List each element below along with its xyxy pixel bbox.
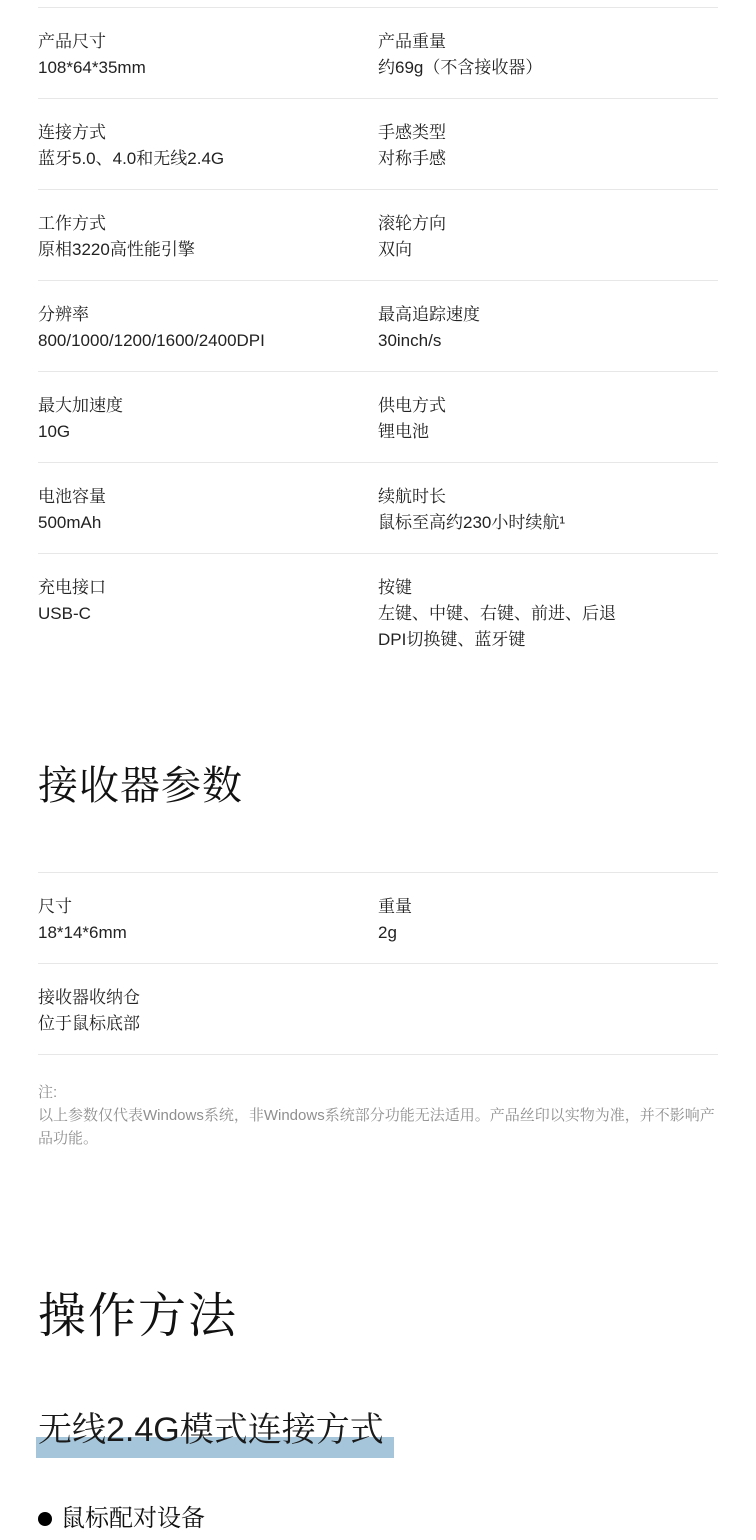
spec-label: 产品重量 — [378, 29, 718, 55]
spec-value: 108*64*35mm — [38, 55, 378, 81]
spec-cell: 产品重量 约69g（不含接收器） — [378, 29, 718, 81]
spec-row-receiver-storage: 接收器收纳仓 位于鼠标底部 — [38, 963, 718, 1055]
spec-cell: 分辨率 800/1000/1200/1600/2400DPI — [38, 302, 378, 354]
spec-value: USB-C — [38, 601, 378, 627]
spec-cell: 连接方式 蓝牙5.0、4.0和无线2.4G — [38, 120, 378, 172]
spec-value: 10G — [38, 419, 378, 445]
spec-label: 最大加速度 — [38, 393, 378, 419]
spec-value: 双向 — [378, 237, 718, 263]
spec-label: 充电接口 — [38, 575, 378, 601]
spec-cell: 按键 左键、中键、右键、前进、后退 DPI切换键、蓝牙键 — [378, 575, 718, 653]
spec-label: 连接方式 — [38, 120, 378, 146]
spec-row-acceleration-power: 最大加速度 10G 供电方式 锂电池 — [38, 371, 718, 462]
spec-label: 尺寸 — [38, 894, 378, 920]
spec-label: 滚轮方向 — [378, 211, 718, 237]
product-spec-page: 产品尺寸 108*64*35mm 产品重量 约69g（不含接收器） 连接方式 蓝… — [0, 0, 756, 1540]
spec-value: 30inch/s — [378, 328, 718, 354]
bullet-item-label: 鼠标配对设备 — [61, 1502, 205, 1536]
receiver-section-title: 接收器参数 — [38, 758, 718, 814]
spec-row-engine-wheel: 工作方式 原相3220高性能引擎 滚轮方向 双向 — [38, 189, 718, 280]
spec-cell: 产品尺寸 108*64*35mm — [38, 29, 378, 81]
spec-label: 手感类型 — [378, 120, 718, 146]
spec-cell: 最大加速度 10G — [38, 393, 378, 445]
spec-label: 接收器收纳仓 — [38, 985, 378, 1011]
spec-row-port-buttons: 充电接口 USB-C 按键 左键、中键、右键、前进、后退 DPI切换键、蓝牙键 — [38, 553, 718, 670]
spec-cell: 滚轮方向 双向 — [378, 211, 718, 263]
page-content: 产品尺寸 108*64*35mm 产品重量 约69g（不含接收器） 连接方式 蓝… — [0, 0, 756, 1536]
spec-row-receiver-size-weight: 尺寸 18*14*6mm 重量 2g — [38, 872, 718, 963]
spec-note: 注: 以上参数仅代表Windows系统，非Windows系统部分功能无法适用。产… — [38, 1081, 718, 1150]
spec-cell: 续航时长 鼠标至高约230小时续航¹ — [378, 484, 718, 536]
spec-cell: 供电方式 锂电池 — [378, 393, 718, 445]
spec-value: 鼠标至高约230小时续航¹ — [378, 510, 718, 536]
spec-cell: 接收器收纳仓 位于鼠标底部 — [38, 985, 378, 1037]
spec-value: 锂电池 — [378, 419, 718, 445]
spec-cell: 最高追踪速度 30inch/s — [378, 302, 718, 354]
spec-value: 蓝牙5.0、4.0和无线2.4G — [38, 146, 378, 172]
mouse-spec-table: 产品尺寸 108*64*35mm 产品重量 约69g（不含接收器） 连接方式 蓝… — [38, 7, 718, 670]
spec-cell: 尺寸 18*14*6mm — [38, 894, 378, 946]
spec-label: 重量 — [378, 894, 718, 920]
spec-label: 分辨率 — [38, 302, 378, 328]
spec-label: 续航时长 — [378, 484, 718, 510]
spec-value: 左键、中键、右键、前进、后退 DPI切换键、蓝牙键 — [378, 601, 718, 653]
highlighted-subtitle-text: 无线2.4G模式连接方式 — [36, 1408, 394, 1458]
spec-value: 500mAh — [38, 510, 378, 536]
wireless-mode-subtitle: 无线2.4G模式连接方式 — [38, 1408, 718, 1458]
spec-label: 工作方式 — [38, 211, 378, 237]
note-text: 以上参数仅代表Windows系统，非Windows系统部分功能无法适用。产品丝印… — [38, 1107, 715, 1147]
bullet-item-mouse-pairing: 鼠标配对设备 — [38, 1502, 718, 1536]
spec-value: 对称手感 — [378, 146, 718, 172]
spec-row-connection-grip: 连接方式 蓝牙5.0、4.0和无线2.4G 手感类型 对称手感 — [38, 98, 718, 189]
spec-value: 800/1000/1200/1600/2400DPI — [38, 328, 378, 354]
spec-cell: 电池容量 500mAh — [38, 484, 378, 536]
spec-value: 2g — [378, 920, 718, 946]
spec-value: 原相3220高性能引擎 — [38, 237, 378, 263]
spec-cell: 重量 2g — [378, 894, 718, 946]
spec-cell: 手感类型 对称手感 — [378, 120, 718, 172]
spec-label: 最高追踪速度 — [378, 302, 718, 328]
spec-value: 18*14*6mm — [38, 920, 378, 946]
spec-value: 位于鼠标底部 — [38, 1011, 378, 1037]
receiver-spec-table: 尺寸 18*14*6mm 重量 2g 接收器收纳仓 位于鼠标底部 — [38, 872, 718, 1055]
bullet-dot-icon — [38, 1512, 52, 1526]
spec-label: 电池容量 — [38, 484, 378, 510]
spec-label: 供电方式 — [378, 393, 718, 419]
spec-label: 按键 — [378, 575, 718, 601]
spec-cell: 工作方式 原相3220高性能引擎 — [38, 211, 378, 263]
spec-row-battery-endurance: 电池容量 500mAh 续航时长 鼠标至高约230小时续航¹ — [38, 462, 718, 553]
spec-cell — [378, 985, 718, 1037]
spec-cell: 充电接口 USB-C — [38, 575, 378, 653]
operation-section-title: 操作方法 — [38, 1288, 718, 1346]
spec-row-dimensions-weight: 产品尺寸 108*64*35mm 产品重量 约69g（不含接收器） — [38, 7, 718, 98]
spec-row-dpi-tracking: 分辨率 800/1000/1200/1600/2400DPI 最高追踪速度 30… — [38, 280, 718, 371]
spec-label: 产品尺寸 — [38, 29, 378, 55]
note-prefix: 注: — [38, 1081, 718, 1104]
spec-value: 约69g（不含接收器） — [378, 55, 718, 81]
